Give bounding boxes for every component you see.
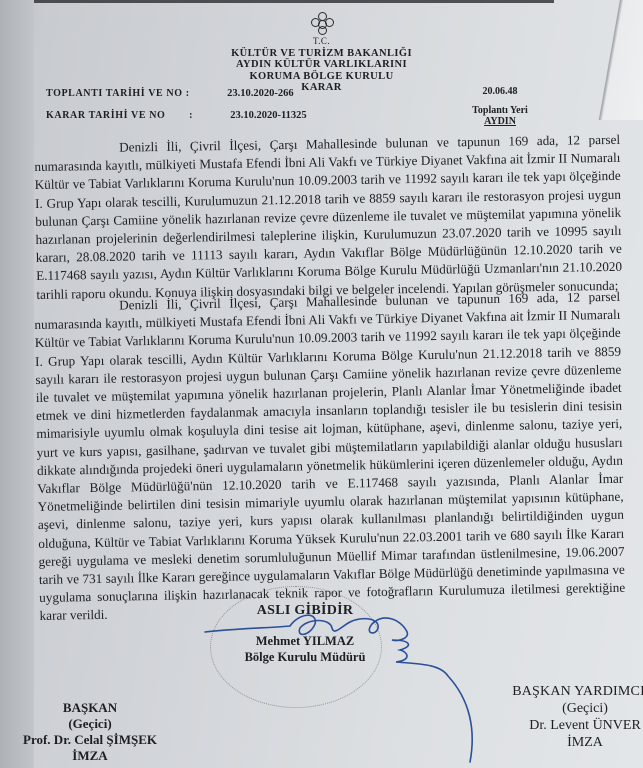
decision-date-value: 23.10.2020-11325 bbox=[230, 110, 306, 121]
decision-date-row: KARAR TARİHİ VE NO : 23.10.2020-11325 bbox=[46, 110, 307, 121]
decision-date-label: KARAR TARİHİ VE NO bbox=[46, 110, 186, 121]
header-tc: T.C. bbox=[0, 36, 643, 48]
meeting-place-block: 20.06.48 Toplantı Yeri AYDIN bbox=[460, 86, 540, 127]
signer-chairman: BAŞKAN (Geçici) Prof. Dr. Celal ŞİMŞEK İ… bbox=[10, 700, 170, 764]
signer-chairman-note: (Geçici) bbox=[10, 716, 170, 732]
meeting-date-row: TOPLANTI TARİHİ VE NO : 23.10.2020-266 bbox=[46, 88, 294, 99]
page-shadow-left bbox=[0, 0, 34, 768]
ministry-emblem-icon bbox=[311, 12, 333, 34]
page-edge-top bbox=[34, 0, 554, 3]
certifier-name: Mehmet YILMAZ bbox=[200, 633, 410, 649]
signer-vice-chairman: BAŞKAN YARDIMCISI (Geçici) Dr. Levent ÜN… bbox=[505, 683, 643, 751]
signer-chairman-name: Prof. Dr. Celal ŞİMŞEK bbox=[10, 732, 170, 748]
header-ministry: KÜLTÜR VE TURİZM BAKANLIĞI bbox=[0, 48, 643, 60]
signer-chairman-role: BAŞKAN bbox=[10, 700, 170, 716]
meeting-place-label: Toplantı Yeri bbox=[460, 105, 540, 116]
header-board-line1: AYDIN KÜLTÜR VARLIKLARINI bbox=[0, 59, 643, 71]
paragraph-1: Denizli İli, Çivril İlçesi, Çarşı Mahall… bbox=[34, 131, 623, 304]
certified-copy-title: ASLI GİBİDİR bbox=[200, 603, 410, 619]
signer-chairman-sign: İMZA bbox=[10, 748, 170, 764]
meeting-place-value: AYDIN bbox=[460, 116, 540, 127]
signer-vice-chairman-note: (Geçici) bbox=[505, 700, 643, 717]
certifier-role: Bölge Kurulu Müdürü bbox=[200, 649, 410, 665]
header-board-line2: KORUMA BÖLGE KURULU bbox=[0, 71, 643, 83]
signer-vice-chairman-role: BAŞKAN YARDIMCISI bbox=[505, 683, 643, 700]
file-code: 20.06.48 bbox=[460, 86, 540, 97]
certified-copy-block: ASLI GİBİDİR Mehmet YILMAZ Bölge Kurulu … bbox=[200, 603, 410, 665]
paragraph-background: Denizli İli, Çivril İlçesi, Çarşı Mahall… bbox=[34, 131, 623, 304]
meeting-date-value: 23.10.2020-266 bbox=[227, 88, 294, 99]
paragraph-2: Denizli İli, Çivril İlçesi, Çarşı Mahall… bbox=[34, 288, 626, 626]
meeting-date-label: TOPLANTI TARİHİ VE NO : bbox=[46, 88, 224, 99]
signer-vice-chairman-name: Dr. Levent ÜNVER bbox=[505, 717, 643, 734]
paragraph-decision: Denizli İli, Çivril İlçesi, Çarşı Mahall… bbox=[34, 288, 626, 626]
signer-vice-chairman-sign: İMZA bbox=[505, 734, 643, 751]
document-header: T.C. KÜLTÜR VE TURİZM BAKANLIĞI AYDIN KÜ… bbox=[0, 12, 643, 94]
decision-date-separator: : bbox=[189, 110, 227, 121]
